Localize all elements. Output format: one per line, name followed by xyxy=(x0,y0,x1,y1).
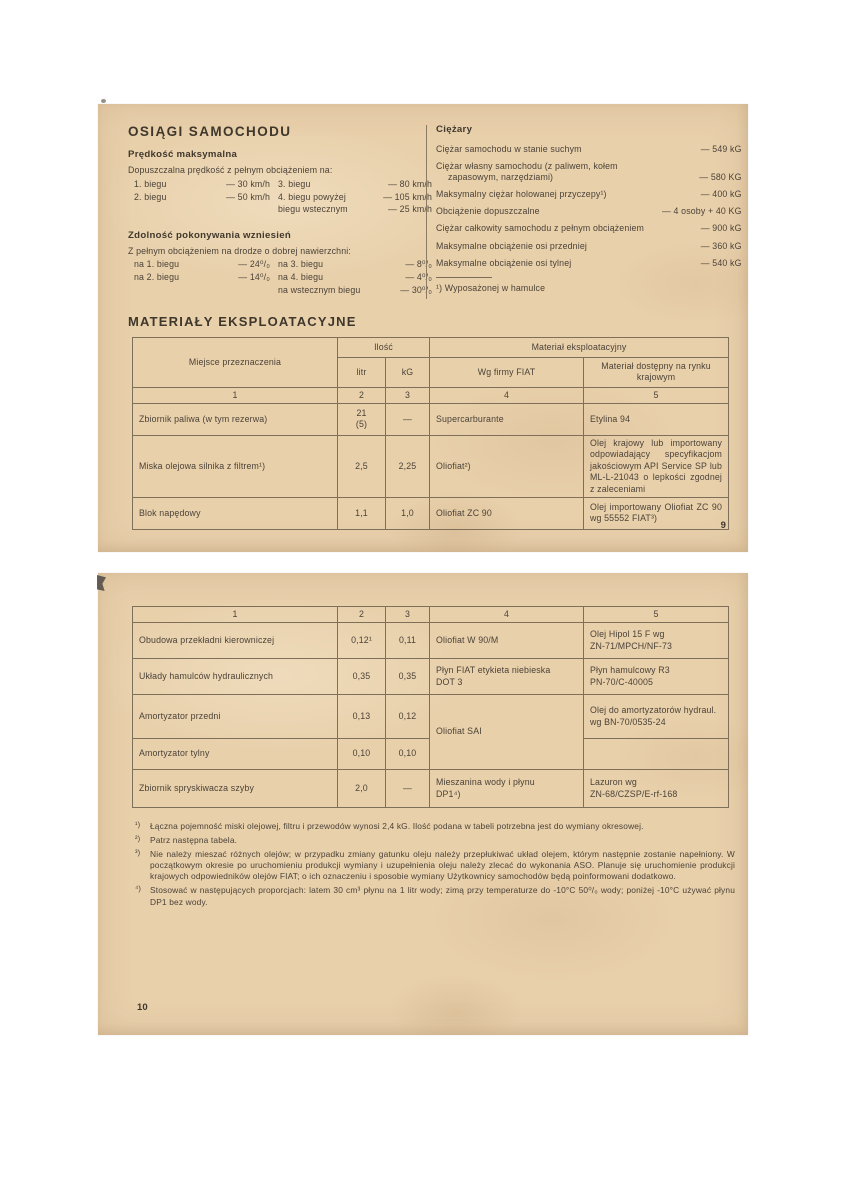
weights-footnote: ¹) Wyposażonej w hamulce xyxy=(436,283,742,294)
table-row: Układy hamulców hydraulicznych 0,35 0,35… xyxy=(133,659,729,695)
col-number: 5 xyxy=(584,607,729,623)
gear-value: — 50 km/h xyxy=(200,192,270,203)
weights-section: Ciężary Ciężar samochodu w stanie suchym… xyxy=(427,124,742,299)
gear-label: na 1. biegu xyxy=(134,259,200,270)
materials-table-page10: 1 2 3 4 5 Obudowa przekładni kierownicze… xyxy=(132,606,729,808)
gear-value: — 24⁰/₀ xyxy=(200,259,270,270)
weight-value: — 360 kG xyxy=(662,241,742,252)
header-place: Miejsce przeznaczenia xyxy=(133,337,338,387)
weight-value: — 549 kG xyxy=(662,144,742,155)
gear-label: na 4. biegu xyxy=(270,272,370,283)
footnote-rule xyxy=(436,277,492,278)
footnote-marker: ¹) xyxy=(135,820,150,831)
gear-label xyxy=(134,204,200,215)
col-number: 4 xyxy=(430,607,584,623)
cell-litr: 0,10 xyxy=(338,739,386,770)
gear-value: — 30⁰/₀ xyxy=(370,285,432,296)
footnote-marker: ³) xyxy=(135,848,150,881)
cell-litr: 2,0 xyxy=(338,770,386,808)
cell-fiat-material: Supercarburante xyxy=(430,403,584,435)
column-number-row: 1 2 3 4 5 xyxy=(133,387,729,403)
cell-fiat-material: Oliofiat ZC 90 xyxy=(430,497,584,529)
cell-fiat-material: Mieszanina wody i płynu DP1⁴) xyxy=(430,770,584,808)
cell-domestic-material: Etylina 94 xyxy=(584,403,729,435)
weight-item: Ciężar samochodu w stanie suchym — 549 k… xyxy=(436,144,742,155)
table-row: Miska olejowa silnika z filtrem¹) 2,5 2,… xyxy=(133,435,729,497)
cell-place: Obudowa przekładni kierowniczej xyxy=(133,623,338,659)
footnote-text: Łączna pojemność miski olejowej, filtru … xyxy=(150,821,735,832)
cell-kg: 0,11 xyxy=(386,623,430,659)
cell-place: Miska olejowa silnika z filtrem¹) xyxy=(133,435,338,497)
col-number: 2 xyxy=(338,387,386,403)
col-number: 4 xyxy=(430,387,584,403)
gear-value: — 8⁰/₀ xyxy=(370,259,432,270)
gear-value: — 25 km/h xyxy=(370,204,432,215)
weight-label: Ciężar całkowity samochodu z pełnym obci… xyxy=(436,223,696,234)
gear-value xyxy=(200,204,270,215)
climb-heading: Zdolność pokonywania wzniesień xyxy=(128,230,426,242)
scanned-manual-spread: { "page9": { "page_number": "9", "perfor… xyxy=(0,0,848,1200)
weight-value: — 400 kG xyxy=(662,189,742,200)
col-number: 3 xyxy=(386,607,430,623)
cell-place: Amortyzator przedni xyxy=(133,695,338,739)
cell-litr: 0,35 xyxy=(338,659,386,695)
weights-heading: Ciężary xyxy=(436,124,742,136)
performance-section: OSIĄGI SAMOCHODU Prędkość maksymalna Dop… xyxy=(128,124,426,299)
max-speed-intro: Dopuszczalna prędkość z pełnym obciążeni… xyxy=(128,165,426,176)
climb-intro: Z pełnym obciążeniem na drodze o dobrej … xyxy=(128,246,426,257)
weight-value: — 580 KG xyxy=(662,172,742,183)
col-number: 2 xyxy=(338,607,386,623)
gear-value: — 30 km/h xyxy=(200,179,270,190)
cell-kg: — xyxy=(386,770,430,808)
section-title-performance: OSIĄGI SAMOCHODU xyxy=(128,124,426,140)
weight-label: Obciążenie dopuszczalne xyxy=(436,206,662,217)
cell-litr: 2,5 xyxy=(338,435,386,497)
torn-corner-mark xyxy=(97,575,106,591)
cell-domestic-material: Płyn hamulcowy R3 PN-70/C-40005 xyxy=(584,659,729,695)
table-row: Amortyzator przedni 0,13 0,12 Oliofiat S… xyxy=(133,695,729,739)
table-row: Obudowa przekładni kierowniczej 0,12¹ 0,… xyxy=(133,623,729,659)
materials-heading: MATERIAŁY EKSPLOATACYJNE xyxy=(128,314,748,330)
page-number: 10 xyxy=(137,1002,148,1014)
cell-litr: 21 (5) xyxy=(338,403,386,435)
table-row: Blok napędowy 1,1 1,0 Oliofiat ZC 90 Ole… xyxy=(133,497,729,529)
weight-label: Ciężar własny samochodu (z paliwem, kołe… xyxy=(436,161,662,182)
header-fiat: Wg firmy FIAT xyxy=(430,357,584,387)
header-litr: litr xyxy=(338,357,386,387)
footnote-text: Patrz następna tabela. xyxy=(150,835,735,846)
cell-kg: 0,12 xyxy=(386,695,430,739)
gear-label: 2. biegu xyxy=(134,192,200,203)
cell-domestic-material: Olej krajowy lub importowany odpowiadają… xyxy=(584,435,729,497)
cell-kg: 2,25 xyxy=(386,435,430,497)
max-speed-list: 1. biegu — 30 km/h 3. biegu — 80 km/h 2.… xyxy=(134,179,426,215)
table-row: Zbiornik paliwa (w tym rezerwa) 21 (5) —… xyxy=(133,403,729,435)
header-material: Materiał eksploatacyjny xyxy=(430,337,729,357)
gear-value xyxy=(200,285,270,296)
gear-label: 4. biegu powyżej xyxy=(270,192,370,203)
cell-litr: 0,13 xyxy=(338,695,386,739)
footnote: ²) Patrz następna tabela. xyxy=(135,835,735,846)
weight-value: — 540 kG xyxy=(662,258,742,269)
weight-value: — 900 kG xyxy=(696,223,742,234)
header-domestic: Materiał dostępny na rynku krajowym xyxy=(584,357,729,387)
weight-label: Maksymalne obciążenie osi przedniej xyxy=(436,241,662,252)
cell-domestic-material: Lazuron wg ZN-68/CZSP/E-rf-168 xyxy=(584,770,729,808)
cell-fiat-material: Oliofiat²) xyxy=(430,435,584,497)
cell-kg: — xyxy=(386,403,430,435)
weight-label: Maksymalne obciążenie osi tylnej xyxy=(436,258,662,269)
page-10: 1 2 3 4 5 Obudowa przekładni kierownicze… xyxy=(98,573,748,1035)
materials-table-page9: Miejsce przeznaczenia Ilość Materiał eks… xyxy=(132,337,729,530)
weight-item: Ciężar własny samochodu (z paliwem, kołe… xyxy=(436,161,742,182)
col-number: 5 xyxy=(584,387,729,403)
gear-label: na wstecznym biegu xyxy=(270,285,370,296)
cell-kg: 0,10 xyxy=(386,739,430,770)
paper-speck xyxy=(101,99,106,103)
footnotes-section: ¹) Łączna pojemność miski olejowej, filt… xyxy=(135,821,735,908)
weight-item: Obciążenie dopuszczalne — 4 osoby + 40 K… xyxy=(436,206,742,217)
gear-value: — 14⁰/₀ xyxy=(200,272,270,283)
weight-label: Maksymalny ciężar holowanej przyczepy¹) xyxy=(436,189,662,200)
page9-top-section: OSIĄGI SAMOCHODU Prędkość maksymalna Dop… xyxy=(98,104,748,299)
footnote: ¹) Łączna pojemność miski olejowej, filt… xyxy=(135,821,735,832)
cell-place: Amortyzator tylny xyxy=(133,739,338,770)
climb-section: Zdolność pokonywania wzniesień Z pełnym … xyxy=(128,230,426,296)
gear-value: — 80 km/h xyxy=(370,179,432,190)
weight-item: Maksymalne obciążenie osi przedniej — 36… xyxy=(436,241,742,252)
weight-value: — 4 osoby + 40 KG xyxy=(662,206,742,217)
header-kg: kG xyxy=(386,357,430,387)
cell-domestic-material: Olej Hipol 15 F wg ZN-71/MPCH/NF-73 xyxy=(584,623,729,659)
cell-domestic-material xyxy=(584,739,729,770)
col-number: 1 xyxy=(133,387,338,403)
cell-place: Zbiornik paliwa (w tym rezerwa) xyxy=(133,403,338,435)
gear-value: — 4⁰/₀ xyxy=(370,272,432,283)
footnote-text: Nie należy mieszać różnych olejów; w prz… xyxy=(150,849,735,882)
footnote: ⁴) Stosować w następujących proporcjach:… xyxy=(135,885,735,907)
footnote-marker: ⁴) xyxy=(135,884,150,906)
cell-place: Układy hamulców hydraulicznych xyxy=(133,659,338,695)
cell-litr: 1,1 xyxy=(338,497,386,529)
footnote-text: Stosować w następujących proporcjach: la… xyxy=(150,885,735,907)
cell-domestic-material: Olej do amortyzatorów hydraul. wg BN-70/… xyxy=(584,695,729,739)
gear-value: — 105 km/h xyxy=(370,192,432,203)
table-header-row: Miejsce przeznaczenia Ilość Materiał eks… xyxy=(133,337,729,357)
table-row: Zbiornik spryskiwacza szyby 2,0 — Miesza… xyxy=(133,770,729,808)
cell-fiat-material: Oliofiat W 90/M xyxy=(430,623,584,659)
cell-fiat-material: Płyn FIAT etykieta niebieska DOT 3 xyxy=(430,659,584,695)
cell-kg: 1,0 xyxy=(386,497,430,529)
cell-place: Blok napędowy xyxy=(133,497,338,529)
cell-place: Zbiornik spryskiwacza szyby xyxy=(133,770,338,808)
cell-kg: 0,35 xyxy=(386,659,430,695)
footnote-marker: ²) xyxy=(135,834,150,845)
weight-label: Ciężar samochodu w stanie suchym xyxy=(436,144,662,155)
gear-label: na 2. biegu xyxy=(134,272,200,283)
cell-domestic-material: Olej importowany Oliofiat ZC 90 wg 55552… xyxy=(584,497,729,529)
gear-label: 3. biegu xyxy=(270,179,370,190)
gear-label: biegu wstecznym xyxy=(270,204,370,215)
weight-item: Maksymalny ciężar holowanej przyczepy¹) … xyxy=(436,189,742,200)
weight-item: Ciężar całkowity samochodu z pełnym obci… xyxy=(436,223,742,234)
cell-litr: 0,12¹ xyxy=(338,623,386,659)
cell-fiat-material: Oliofiat SAI xyxy=(430,695,584,770)
footnote: ³) Nie należy mieszać różnych olejów; w … xyxy=(135,849,735,882)
weight-item: Maksymalne obciążenie osi tylnej — 540 k… xyxy=(436,258,742,269)
gear-label xyxy=(134,285,200,296)
page-9: OSIĄGI SAMOCHODU Prędkość maksymalna Dop… xyxy=(98,104,748,552)
column-number-row: 1 2 3 4 5 xyxy=(133,607,729,623)
col-number: 3 xyxy=(386,387,430,403)
gear-label: na 3. biegu xyxy=(270,259,370,270)
page-number: 9 xyxy=(721,520,726,532)
col-number: 1 xyxy=(133,607,338,623)
gear-label: 1. biegu xyxy=(134,179,200,190)
header-quantity: Ilość xyxy=(338,337,430,357)
max-speed-heading: Prędkość maksymalna xyxy=(128,149,426,161)
climb-list: na 1. biegu — 24⁰/₀ na 3. biegu — 8⁰/₀ n… xyxy=(134,259,426,295)
